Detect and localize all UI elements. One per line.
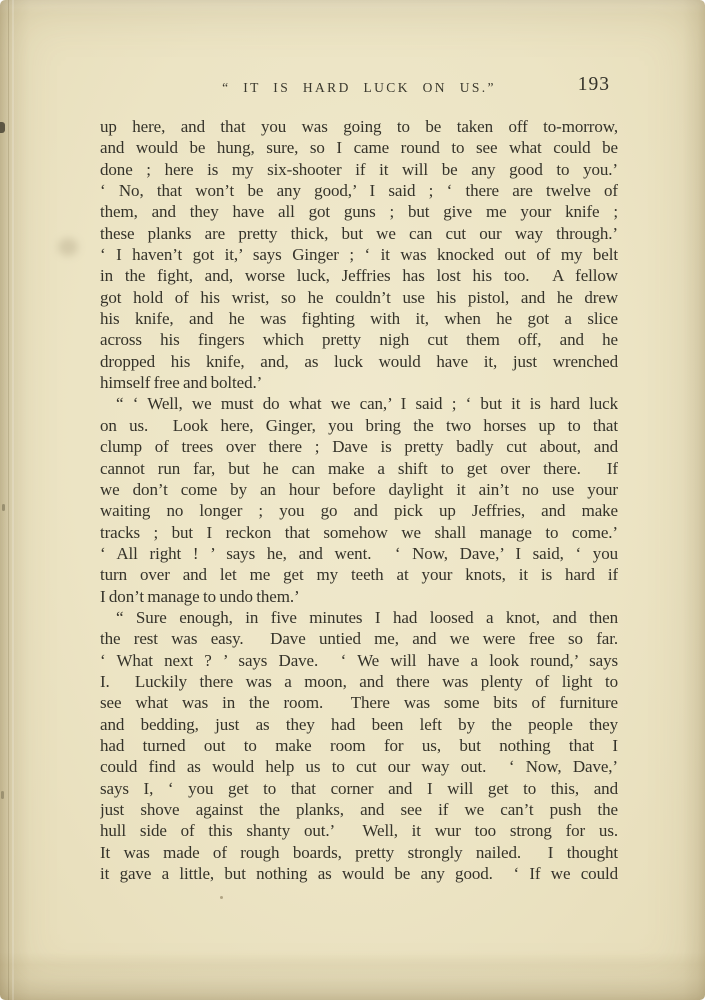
text-line: in the fight, and, worse luck, Jeffries … bbox=[100, 265, 618, 286]
text-line: I don’t manage to undo them.’ bbox=[100, 586, 618, 607]
paper-fold-shadow bbox=[0, 952, 705, 978]
text-line: the rest was easy. Dave untied me, and w… bbox=[100, 628, 618, 649]
text-line: done ; here is my six-shooter if it will… bbox=[100, 159, 618, 180]
page-number: 193 bbox=[578, 74, 610, 96]
text-line: tracks ; but I reckon that somehow we sh… bbox=[100, 522, 618, 543]
text-line: I. Luckily there was a moon, and there w… bbox=[100, 671, 618, 692]
running-head: “ IT IS HARD LUCK ON US.” 193 bbox=[100, 78, 618, 100]
paragraph: “ Sure enough, in five minutes I had loo… bbox=[100, 607, 618, 884]
scan-mark bbox=[2, 504, 5, 511]
running-head-title: “ IT IS HARD LUCK ON US.” bbox=[222, 80, 496, 95]
binding-crease bbox=[8, 0, 9, 1000]
scan-mark bbox=[1, 791, 4, 799]
text-line: got hold of his wrist, so he couldn’t us… bbox=[100, 287, 618, 308]
text-line: cannot run far, but he can make a shift … bbox=[100, 458, 618, 479]
text-line: on us. Look here, Ginger, you bring the … bbox=[100, 415, 618, 436]
text-line: it gave a little, but nothing as would b… bbox=[100, 863, 618, 884]
text-line: turn over and let me get my teeth at you… bbox=[100, 564, 618, 585]
paragraph: up here, and that you was going to be ta… bbox=[100, 116, 618, 393]
text-line: had turned out to make room for us, but … bbox=[100, 735, 618, 756]
text-line: and would be hung, sure, so I came round… bbox=[100, 137, 618, 158]
text-line: across his fingers which pretty nigh cut… bbox=[100, 329, 618, 350]
paper-smudge bbox=[58, 238, 78, 256]
text-line: them, and they have all got guns ; but g… bbox=[100, 201, 618, 222]
scan-mark bbox=[0, 122, 5, 133]
text-line: dropped his knife, and, as luck would ha… bbox=[100, 351, 618, 372]
text-line: we don’t come by an hour before daylight… bbox=[100, 479, 618, 500]
text-line: waiting no longer ; you go and pick up J… bbox=[100, 500, 618, 521]
text-line: these planks are pretty thick, but we ca… bbox=[100, 223, 618, 244]
text-line: ‘ What next ? ’ says Dave. ‘ We will hav… bbox=[100, 650, 618, 671]
text-line: could find as would help us to cut our w… bbox=[100, 756, 618, 777]
paper-speck bbox=[220, 896, 223, 899]
text-line: up here, and that you was going to be ta… bbox=[100, 116, 618, 137]
text-line: and bedding, just as they had been left … bbox=[100, 714, 618, 735]
paragraph: “ ‘ Well, we must do what we can,’ I sai… bbox=[100, 393, 618, 606]
text-line: himself free and bolted.’ bbox=[100, 372, 618, 393]
text-line: says I, ‘ you get to that corner and I w… bbox=[100, 778, 618, 799]
text-line: “ ‘ Well, we must do what we can,’ I sai… bbox=[100, 393, 618, 414]
text-line: hull side of this shanty out.’ Well, it … bbox=[100, 820, 618, 841]
text-line: just shove against the planks, and see i… bbox=[100, 799, 618, 820]
text-line: his knife, and he was fighting with it, … bbox=[100, 308, 618, 329]
text-line: clump of trees over there ; Dave is pret… bbox=[100, 436, 618, 457]
text-line: see what was in the room. There was some… bbox=[100, 692, 618, 713]
text-line: ‘ All right ! ’ says he, and went. ‘ Now… bbox=[100, 543, 618, 564]
text-line: ‘ No, that won’t be any good,’ I said ; … bbox=[100, 180, 618, 201]
text-line: It was made of rough boards, pretty stro… bbox=[100, 842, 618, 863]
book-page-scan: “ IT IS HARD LUCK ON US.” 193 up here, a… bbox=[0, 0, 705, 1000]
text-line: ‘ I haven’t got it,’ says Ginger ; ‘ it … bbox=[100, 244, 618, 265]
binding-crease-highlight bbox=[12, 0, 14, 1000]
text-block: up here, and that you was going to be ta… bbox=[100, 116, 618, 884]
text-line: “ Sure enough, in five minutes I had loo… bbox=[100, 607, 618, 628]
